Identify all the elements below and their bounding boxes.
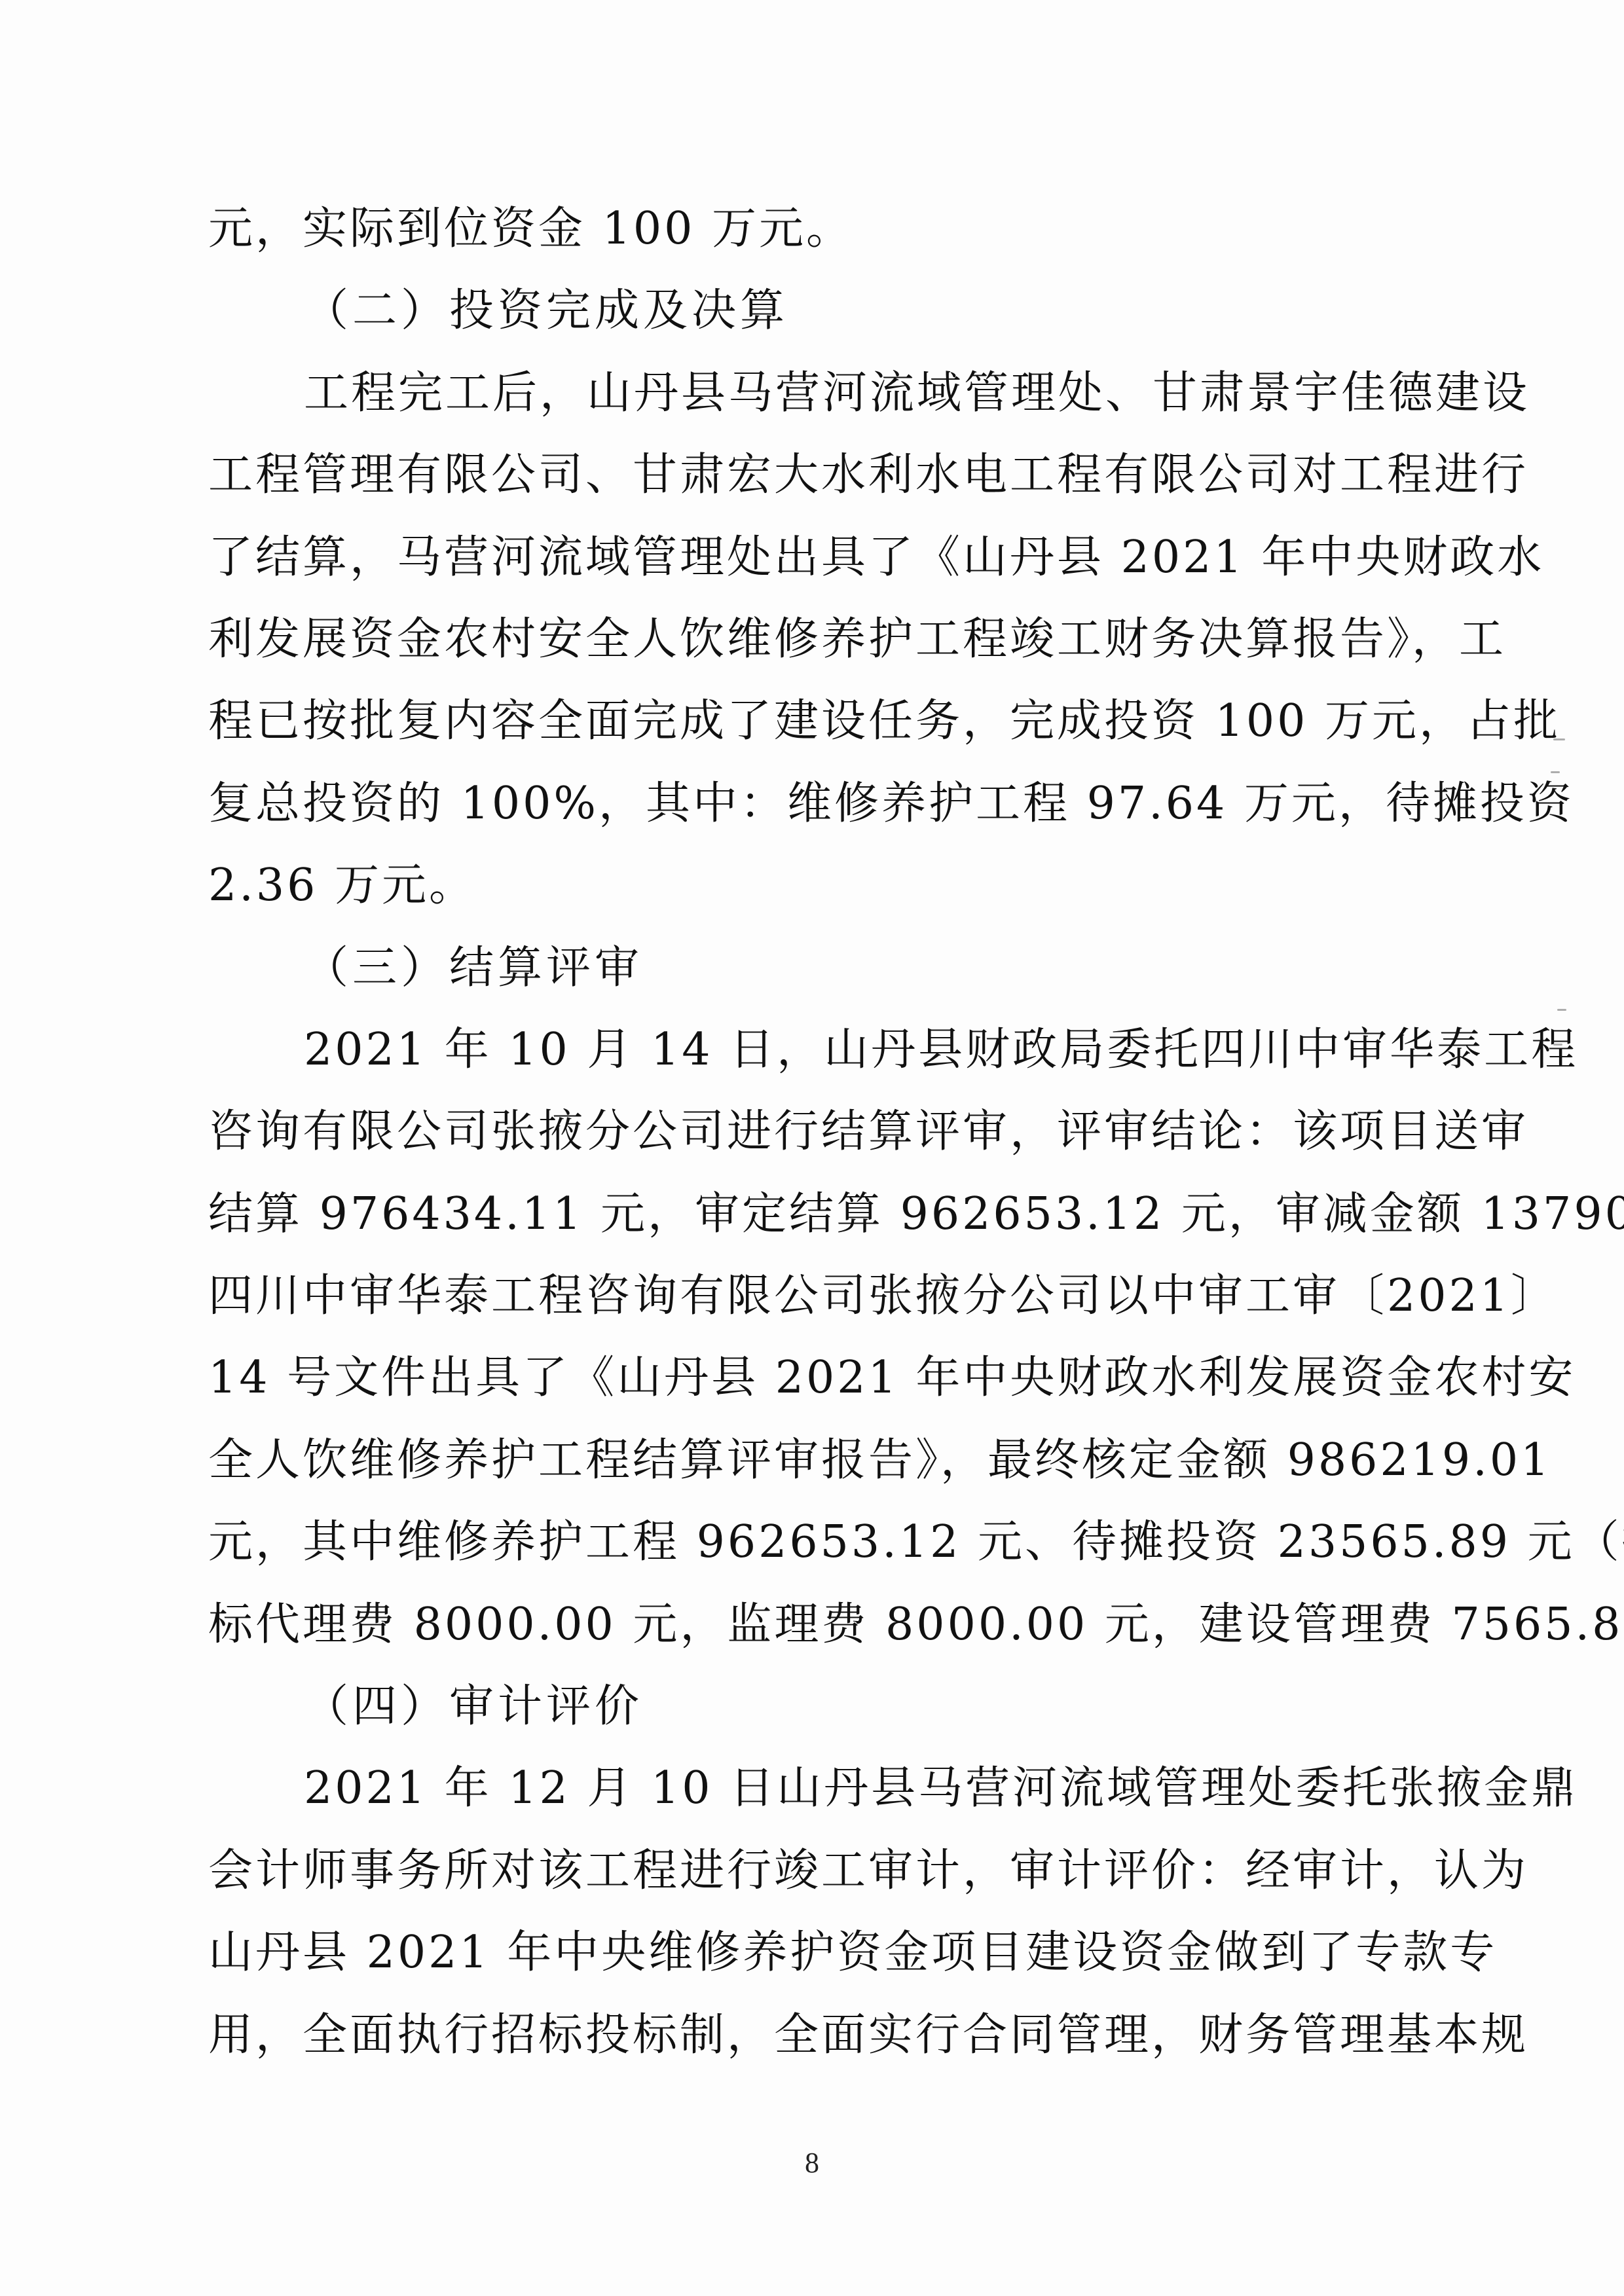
text-line: 工程管理有限公司、甘肃宏大水利水电工程有限公司对工程进行 [208, 437, 1413, 519]
section-heading-audit-evaluation: （四）审计评价 [208, 1669, 1413, 1751]
text-line: 用，全面执行招标投标制，全面实行合同管理，财务管理基本规 [208, 1997, 1413, 2079]
text-line: 标代理费 8000.00 元，监理费 8000.00 元，建设管理费 7565.… [208, 1587, 1413, 1669]
scan-artifact-mark [1557, 1009, 1566, 1011]
text-line: 2021 年 12 月 10 日山丹县马营河流域管理处委托张掖金鼎 [208, 1751, 1413, 1832]
text-line: 2021 年 10 月 14 日，山丹县财政局委托四川中审华泰工程 [208, 1012, 1413, 1094]
section-heading-settlement-review: （三）结算评审 [208, 930, 1413, 1012]
scan-artifact-mark [1551, 771, 1560, 773]
text-line: 利发展资金农村安全人饮维修养护工程竣工财务决算报告》，工 [208, 602, 1413, 683]
scan-artifact-mark [1553, 738, 1565, 740]
text-line: 2.36 万元。 [208, 848, 1413, 930]
document-body: 元，实际到位资金 100 万元。 （二）投资完成及决算 工程完工后，山丹县马营河… [208, 191, 1413, 2079]
text-line: 程已按批复内容全面完成了建设任务，完成投资 100 万元，占批 [208, 683, 1413, 765]
page-number: 8 [0, 2146, 1624, 2179]
section-heading-investment-completion: （二）投资完成及决算 [208, 273, 1413, 355]
text-line: 元，实际到位资金 100 万元。 [208, 191, 1413, 273]
text-line: 了结算，马营河流域管理处出具了《山丹县 2021 年中央财政水 [208, 520, 1413, 602]
text-line: 结算 976434.11 元，审定结算 962653.12 元，审减金额 137… [208, 1176, 1413, 1258]
text-line: 元，其中维修养护工程 962653.12 元、待摊投资 23565.89 元（招 [208, 1504, 1413, 1586]
text-line: 四川中审华泰工程咨询有限公司张掖分公司以中审工审〔2021〕 [208, 1258, 1413, 1340]
text-line: 咨询有限公司张掖分公司进行结算评审，评审结论：该项目送审 [208, 1094, 1413, 1176]
text-line: 工程完工后，山丹县马营河流域管理处、甘肃景宇佳德建设 [208, 355, 1413, 437]
text-line: 全人饮维修养护工程结算评审报告》，最终核定金额 986219.01 [208, 1423, 1413, 1504]
text-line: 复总投资的 100%，其中：维修养护工程 97.64 万元，待摊投资 [208, 766, 1413, 848]
document-page: 元，实际到位资金 100 万元。 （二）投资完成及决算 工程完工后，山丹县马营河… [0, 0, 1624, 2296]
scan-artifact-mark [1553, 1044, 1562, 1046]
text-line: 会计师事务所对该工程进行竣工审计，审计评价：经审计，认为 [208, 1833, 1413, 1915]
text-line: 14 号文件出具了《山丹县 2021 年中央财政水利发展资金农村安 [208, 1340, 1413, 1422]
text-line: 山丹县 2021 年中央维修养护资金项目建设资金做到了专款专 [208, 1915, 1413, 1997]
